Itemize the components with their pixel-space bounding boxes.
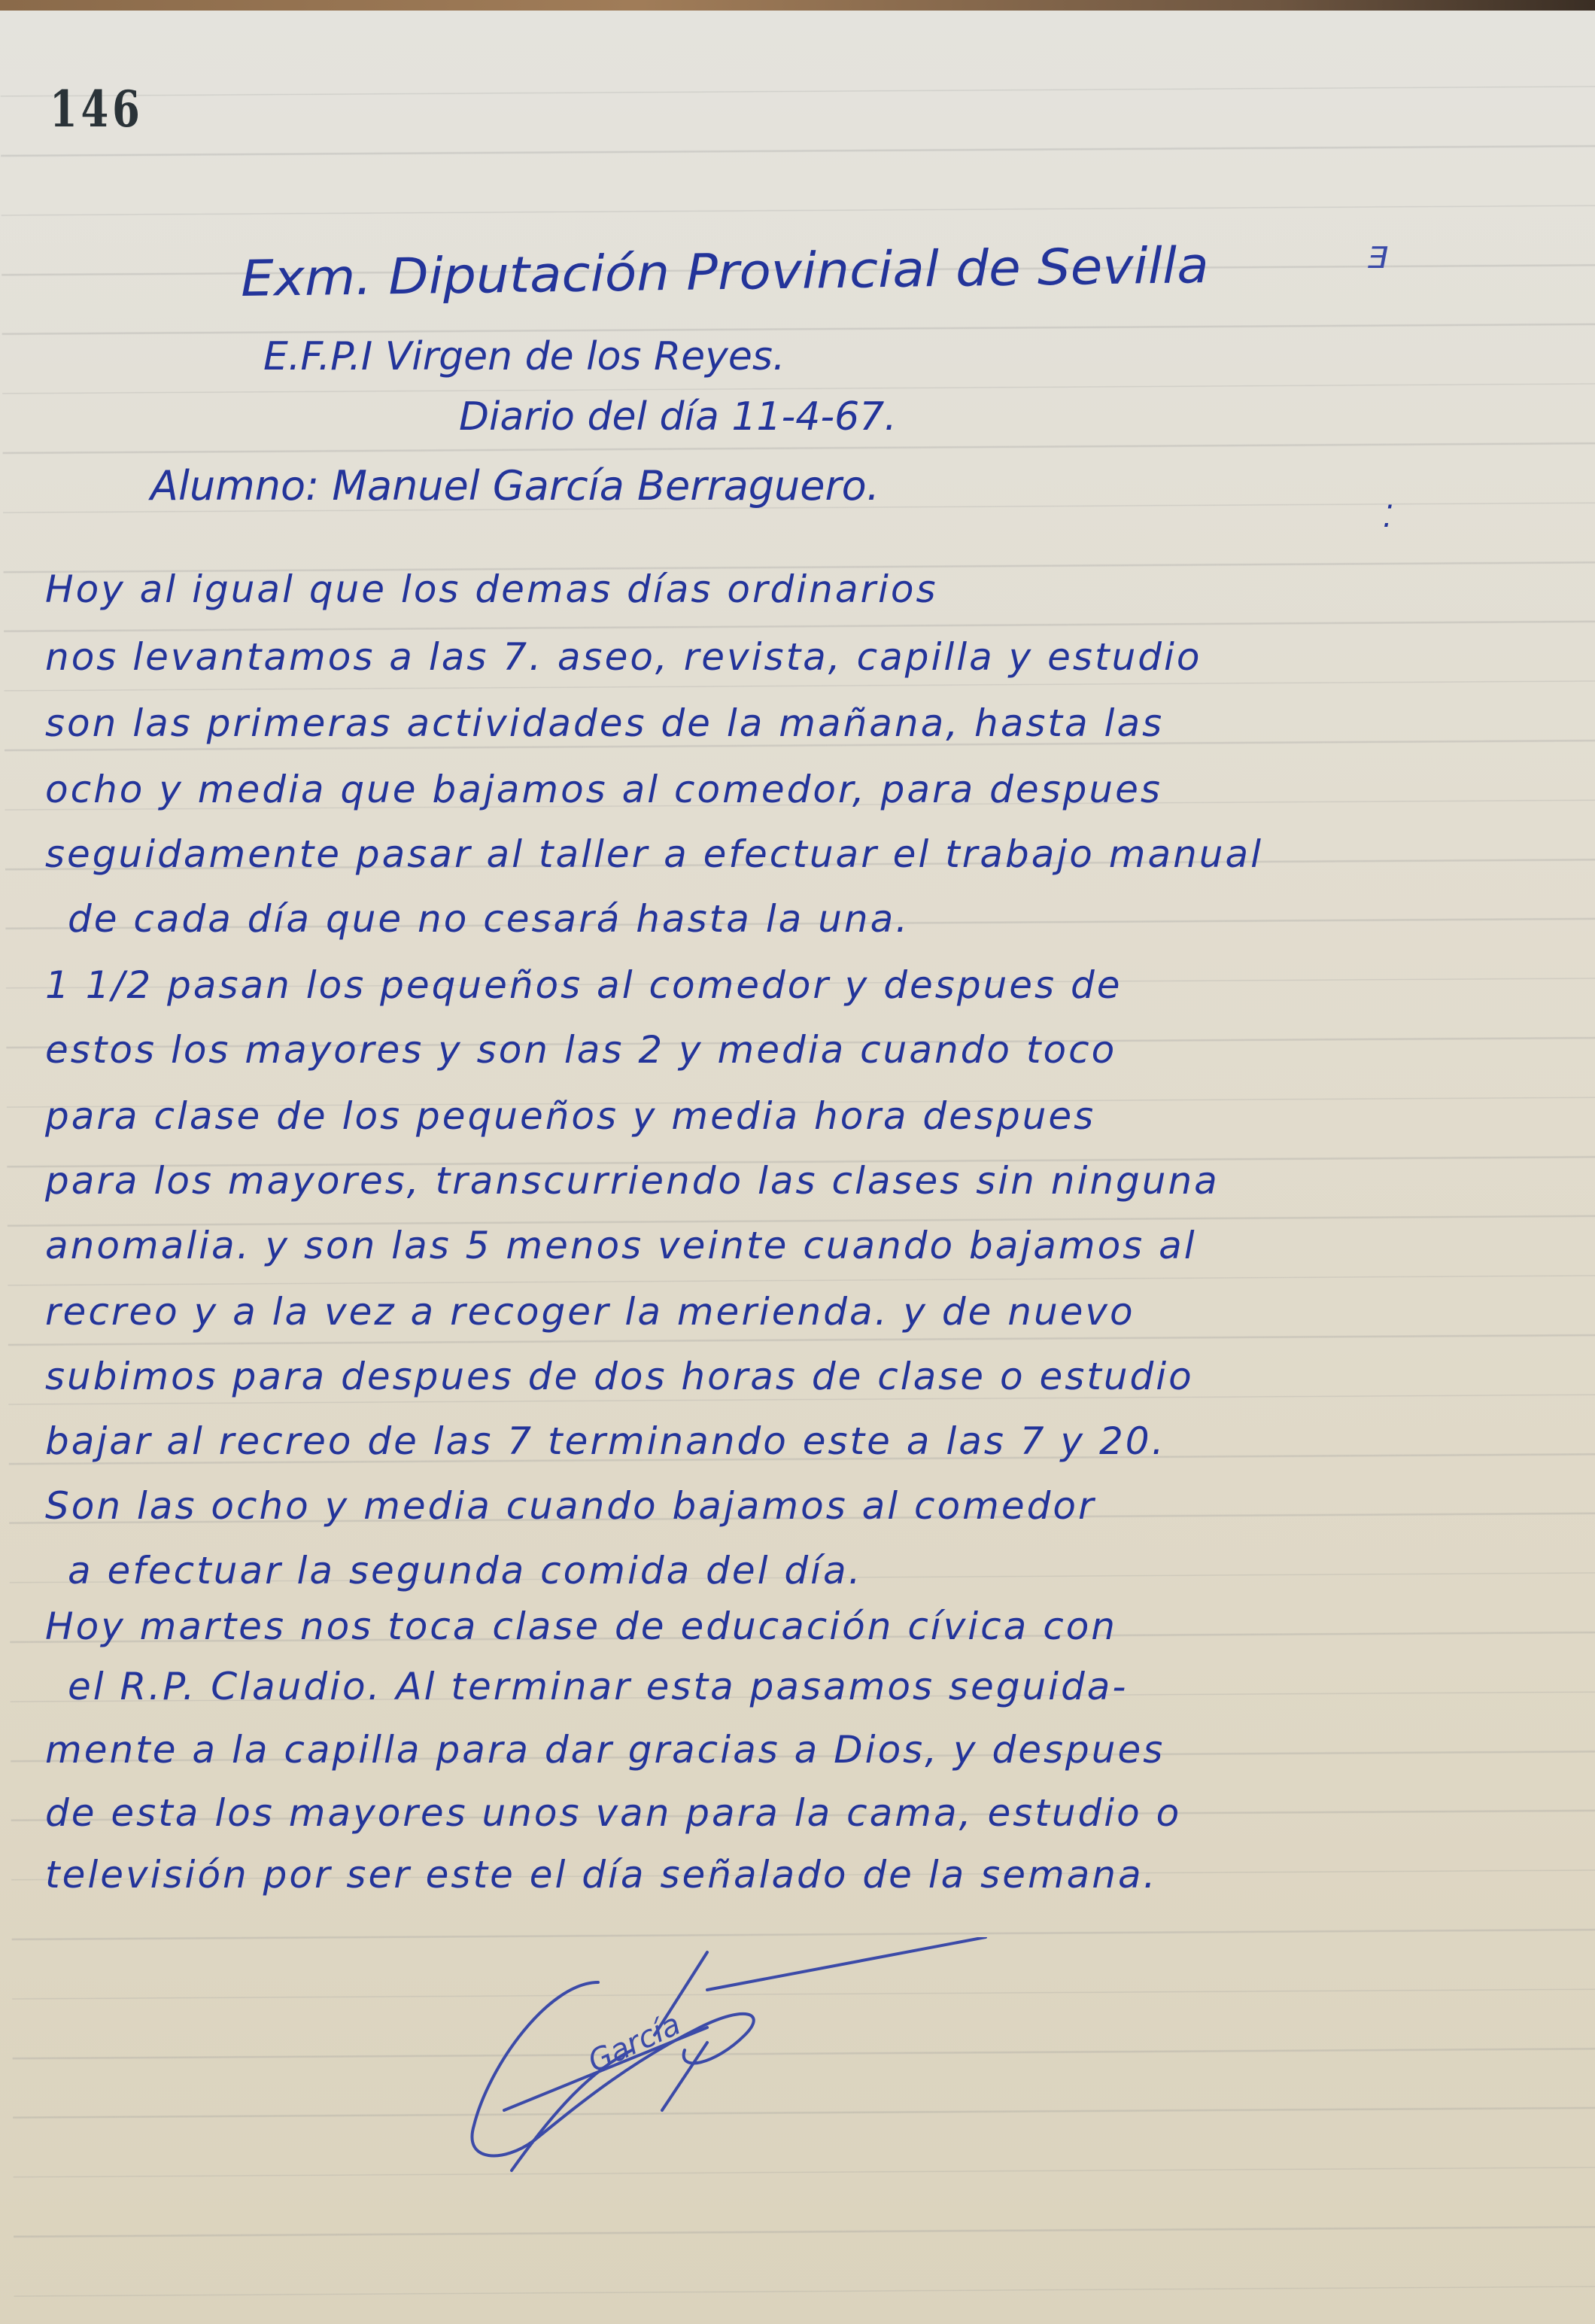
body-line: subimos para despues de dos horas de cla… [45,1355,1194,1398]
book-top-edge [0,0,1595,11]
body-line: el R.P. Claudio. Al terminar esta pasamo… [68,1665,1128,1708]
student-name: Alumno: Manuel García Berraguero. [150,462,880,510]
body-line: mente a la capilla para dar gracias a Di… [45,1728,1165,1772]
body-line: seguidamente pasar al taller a efectuar … [45,832,1263,876]
body-line: Son las ocho y media cuando bajamos al c… [45,1484,1096,1528]
body-line: bajar al recreo de las 7 terminando este… [45,1419,1166,1463]
body-line: 1 1/2 pasan los pequeños al comedor y de… [45,963,1122,1007]
body-line: televisión por ser este el día señalado … [45,1853,1158,1897]
notebook-page: 146 Exm. Diputación Provincial de Sevill… [0,11,1595,2324]
body-line: para clase de los pequeños y media hora … [45,1094,1095,1138]
svg-text:García: García [583,2007,686,2079]
body-line: de esta los mayores unos van para la cam… [45,1791,1181,1835]
body-line: a efectuar la segunda comida del día. [68,1549,863,1592]
body-line: anomalia. y son las 5 menos veinte cuand… [45,1224,1197,1267]
diary-date: Diario del día 11-4-67. [459,394,897,440]
body-line: de cada día que no cesará hasta la una. [68,897,910,941]
school-name: E.F.P.I Virgen de los Reyes. [263,334,785,379]
body-line: recreo y a la vez a recoger la merienda.… [45,1290,1135,1334]
body-line: son las primeras actividades de la mañan… [45,701,1164,745]
body-line: para los mayores, transcurriendo las cla… [45,1159,1220,1203]
ink-dots: ⁚ [1383,500,1393,534]
body-line: estos los mayores y son las 2 y media cu… [45,1028,1116,1072]
body-line: Hoy al igual que los demas días ordinari… [45,567,938,611]
page-number: 146 [50,80,144,138]
signature: García [459,1937,1098,2178]
body-line: nos levantamos a las 7. aseo, revista, c… [45,635,1202,679]
margin-bracket-mark: ᴲ [1368,236,1389,298]
body-line: Hoy martes nos toca clase de educación c… [45,1605,1117,1648]
body-line: ocho y media que bajamos al comedor, par… [45,768,1162,811]
